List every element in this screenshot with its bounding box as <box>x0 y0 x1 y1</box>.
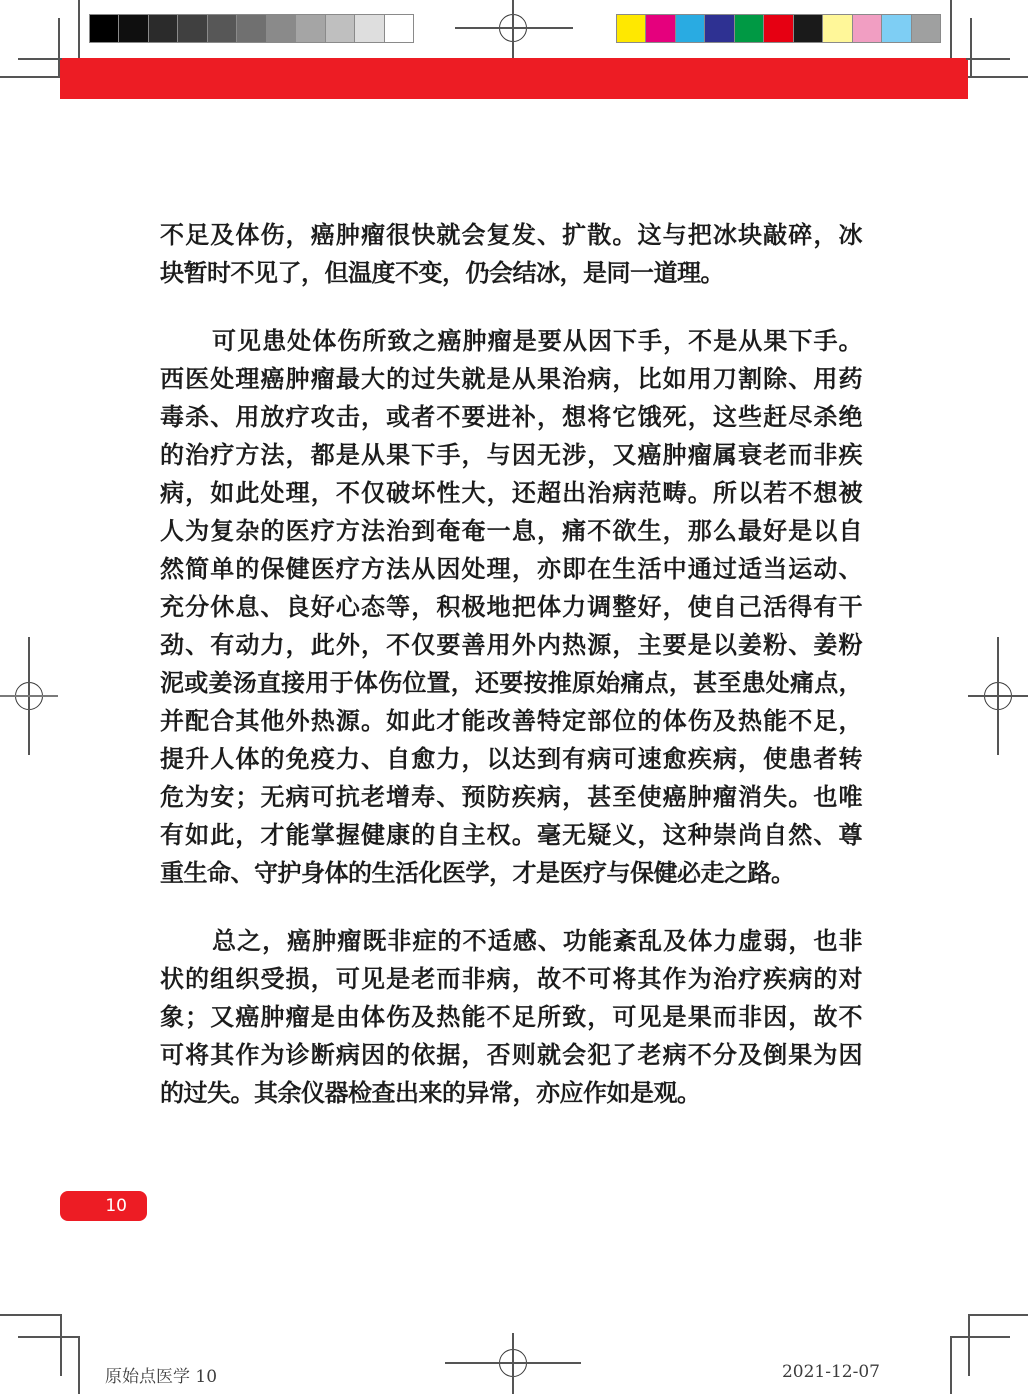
body-text: 不足及体伤，癌肿瘤很快就会复发、扩散。这与把冰块敲碎，冰块暂时不见了，但温度不变… <box>160 216 862 1142</box>
page-number-badge: 10 <box>60 1191 147 1221</box>
color-swatch <box>734 14 764 43</box>
crop-mark <box>950 1336 952 1394</box>
crop-mark <box>968 76 1028 78</box>
grayscale-swatch <box>295 14 325 43</box>
grayscale-swatch <box>266 14 296 43</box>
color-swatch <box>911 14 941 43</box>
body-text-line: 不足及体伤，癌肿瘤很快就会复发、扩散。这与把冰块敲碎，冰 <box>160 216 862 254</box>
body-text-line: 的治疗方法，都是从果下手，与因无涉，又癌肿瘤属衰老而非疾 <box>160 436 862 474</box>
body-text-line: 提升人体的免疫力、自愈力，以达到有病可速愈疾病，使患者转 <box>160 740 862 778</box>
crop-mark <box>78 1336 80 1394</box>
grayscale-calibration-bar <box>90 14 414 43</box>
crop-mark <box>78 0 80 58</box>
registration-line <box>512 1333 514 1394</box>
body-text-line: 块暂时不见了，但温度不变，仍会结冰，是同一道理。 <box>160 254 862 292</box>
grayscale-swatch <box>118 14 148 43</box>
body-text-line: 可将其作为诊断病因的依据，否则就会犯了老病不分及倒果为因 <box>160 1036 862 1074</box>
crop-mark <box>950 1336 1010 1338</box>
color-swatch <box>616 14 646 43</box>
color-swatch <box>645 14 675 43</box>
color-swatch <box>852 14 882 43</box>
crop-mark <box>60 1314 62 1376</box>
grayscale-swatch <box>89 14 119 43</box>
crop-mark <box>18 1336 78 1338</box>
grayscale-swatch <box>177 14 207 43</box>
grayscale-swatch <box>325 14 355 43</box>
body-text-line: 泥或姜汤直接用于体伤位置，还要按推原始痛点，甚至患处痛点， <box>160 664 862 702</box>
crop-mark <box>966 58 1010 60</box>
body-text-line: 充分休息、良好心态等，积极地把体力调整好，使自己活得有干 <box>160 588 862 626</box>
body-text-line: 危为安；无病可抗老增寿、预防疾病，甚至使癌肿瘤消失。也唯 <box>160 778 862 816</box>
body-text-line: 的过失。其余仪器检查出来的异常，亦应作如是观。 <box>160 1074 862 1112</box>
body-text-line: 西医处理癌肿瘤最大的过失就是从果治病，比如用刀割除、用药 <box>160 360 862 398</box>
color-swatch <box>822 14 852 43</box>
body-text-line: 可见患处体伤所致之癌肿瘤是要从因下手，不是从果下手。 <box>160 322 862 360</box>
registration-line <box>445 1362 581 1364</box>
color-swatch <box>793 14 823 43</box>
body-text-line: 有如此，才能掌握健康的自主权。毫无疑义，这种崇尚自然、尊 <box>160 816 862 854</box>
footer-book-title: 原始点医学 10 <box>105 1362 217 1387</box>
paragraph: 不足及体伤，癌肿瘤很快就会复发、扩散。这与把冰块敲碎，冰块暂时不见了，但温度不变… <box>160 216 862 292</box>
body-text-line: 重生命、守护身体的生活化医学，才是医疗与保健必走之路。 <box>160 854 862 892</box>
crop-mark <box>968 1314 970 1376</box>
paragraph: 可见患处体伤所致之癌肿瘤是要从因下手，不是从果下手。西医处理癌肿瘤最大的过失就是… <box>160 322 862 892</box>
color-swatch <box>675 14 705 43</box>
color-swatch <box>763 14 793 43</box>
registration-line <box>0 695 58 697</box>
crop-mark <box>968 1314 1028 1316</box>
grayscale-swatch <box>354 14 384 43</box>
body-text-line: 劲、有动力，此外，不仅要善用外内热源，主要是以姜粉、姜粉 <box>160 626 862 664</box>
registration-line <box>968 695 1028 697</box>
color-swatch <box>704 14 734 43</box>
crop-mark <box>18 58 62 60</box>
grayscale-swatch <box>148 14 178 43</box>
color-swatch <box>881 14 911 43</box>
grayscale-swatch <box>236 14 266 43</box>
body-text-line: 象；又癌肿瘤是由体伤及热能不足所致，可见是果而非因，故不 <box>160 998 862 1036</box>
registration-line <box>455 27 573 29</box>
footer-date: 2021-12-07 <box>758 1362 880 1382</box>
crop-mark <box>58 18 60 76</box>
body-text-line: 人为复杂的医疗方法治到奄奄一息，痛不欲生，那么最好是以自 <box>160 512 862 550</box>
body-text-line: 然简单的保健医疗方法从因处理，亦即在生活中通过适当运动、 <box>160 550 862 588</box>
body-text-line: 状的组织受损，可见是老而非病，故不可将其作为治疗疾病的对 <box>160 960 862 998</box>
grayscale-swatch <box>207 14 237 43</box>
registration-line <box>512 0 514 58</box>
paragraph: 总之，癌肿瘤既非症的不适感、功能紊乱及体力虚弱，也非状的组织受损，可见是老而非病… <box>160 922 862 1112</box>
color-calibration-bar <box>617 14 941 43</box>
book-page-scan: 不足及体伤，癌肿瘤很快就会复发、扩散。这与把冰块敲碎，冰块暂时不见了，但温度不变… <box>0 0 1028 1394</box>
grayscale-swatch <box>384 14 414 43</box>
crop-mark <box>0 1314 60 1316</box>
body-text-line: 毒杀、用放疗攻击，或者不要进补，想将它饿死，这些赶尽杀绝 <box>160 398 862 436</box>
crop-mark <box>970 18 972 76</box>
crop-mark <box>0 76 60 78</box>
body-text-line: 总之，癌肿瘤既非症的不适感、功能紊乱及体力虚弱，也非 <box>160 922 862 960</box>
body-text-line: 并配合其他外热源。如此才能改善特定部位的体伤及热能不足， <box>160 702 862 740</box>
header-bar <box>60 58 968 99</box>
body-text-line: 病，如此处理，不仅破坏性大，还超出治病范畴。所以若不想被 <box>160 474 862 512</box>
crop-mark <box>950 0 952 58</box>
